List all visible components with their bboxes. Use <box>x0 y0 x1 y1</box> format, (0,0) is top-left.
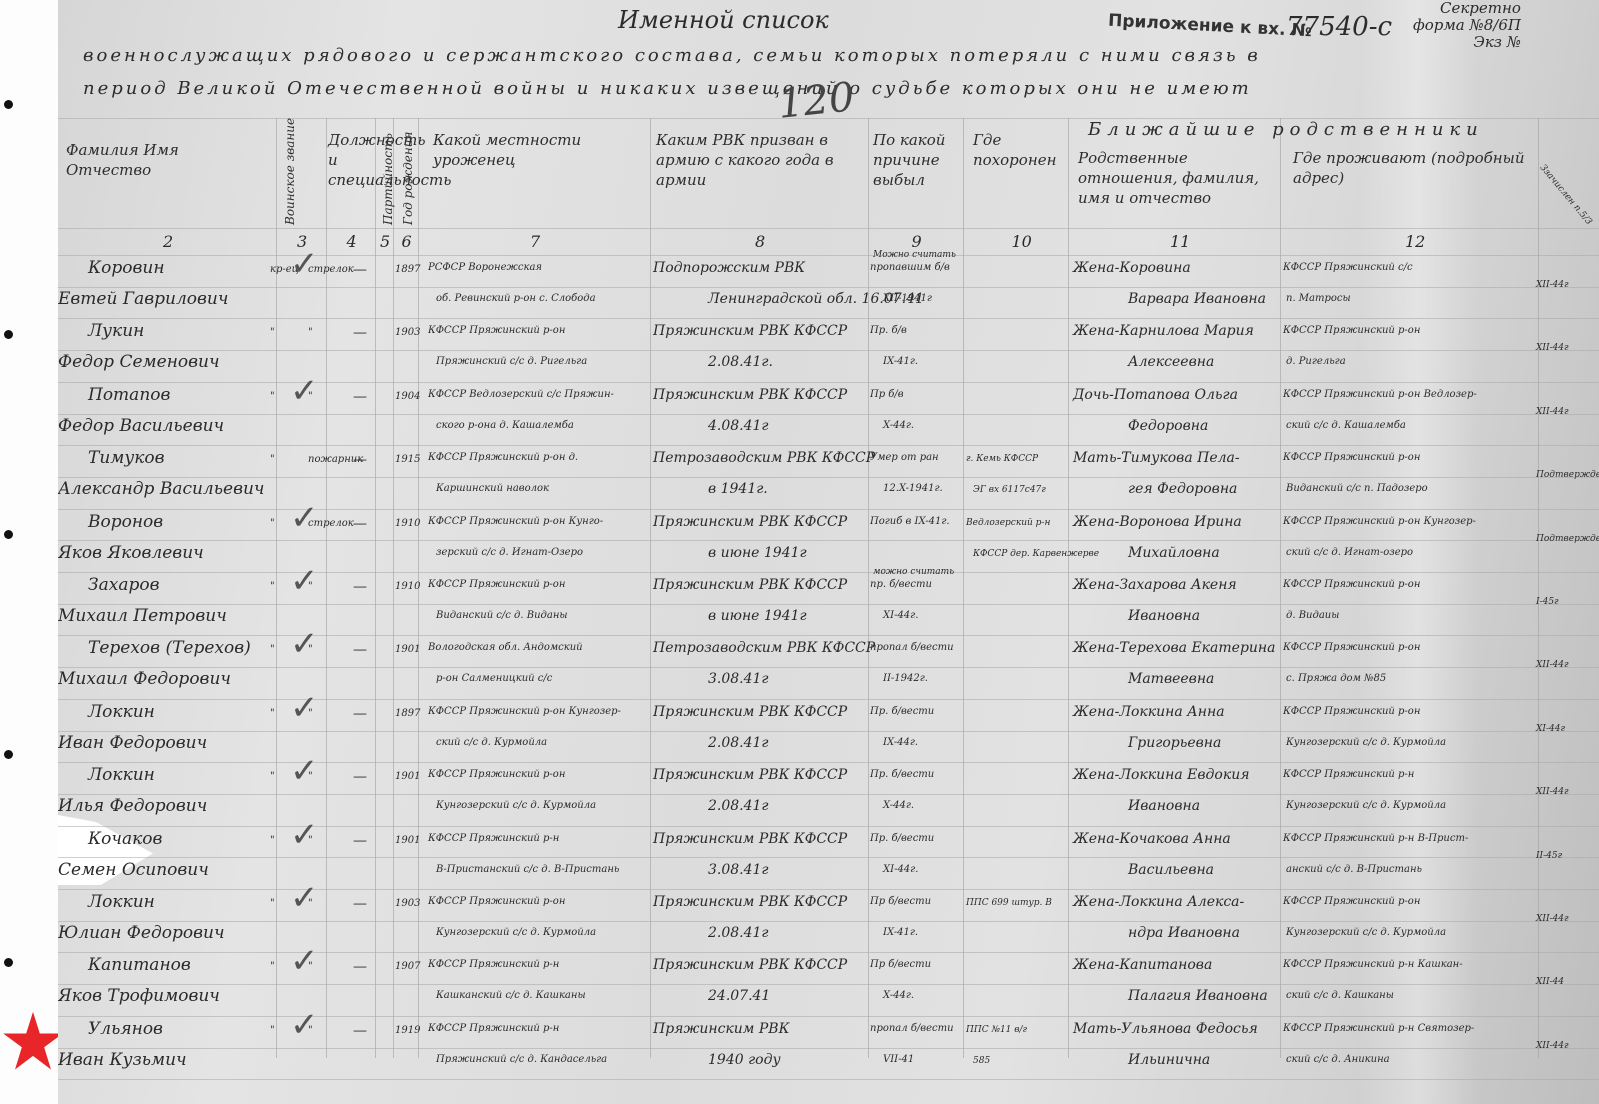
relative-name: Михайловна <box>1128 545 1220 561</box>
address: п. Матросы <box>1286 293 1351 304</box>
surname: Ульянов <box>88 1019 163 1039</box>
column-header-4: Должность и специальность <box>328 130 373 190</box>
birthplace: Вологодская обл. Андомский <box>428 642 583 653</box>
grid-line <box>1280 118 1281 1058</box>
reason-date: II-1942г. <box>883 673 928 684</box>
burial-place: г. Кемь КФССР <box>966 454 1038 464</box>
reason-date: X-44г. <box>883 990 914 1001</box>
relative: Жена-Локкина Евдокия <box>1073 767 1250 783</box>
party: — <box>353 959 367 975</box>
rank: " <box>270 708 275 719</box>
checkmark-icon: ✓ <box>290 371 319 411</box>
draft-date: 1940 году <box>708 1052 781 1068</box>
draft-date: в июне 1941г <box>708 545 807 561</box>
party: — <box>353 642 367 658</box>
document-title: Именной список <box>618 6 829 34</box>
first-patronymic: Александр Васильевич <box>58 479 264 499</box>
address: КФССР Пряжинский р-он <box>1283 325 1420 336</box>
check-mark-note: II-45г <box>1536 851 1562 861</box>
relative: Жена-Локкина Алекса- <box>1073 894 1244 910</box>
address: Виданский с/с п. Падозеро <box>1286 483 1428 494</box>
rank: " <box>270 835 275 846</box>
draft-date: 3.08.41г <box>708 671 769 687</box>
birth-year: 1904 <box>395 391 420 402</box>
draft-date: 2.08.41г <box>708 925 769 941</box>
grid-line <box>58 984 1599 985</box>
address: КФССР Пряжинский р-он <box>1283 706 1420 717</box>
draft-office: Подпорожским РВК <box>653 260 805 276</box>
birthplace: Кунгозерский с/с д. Курмойла <box>436 800 596 811</box>
draft-date: 2.08.41г <box>708 735 769 751</box>
address: Кунгозерский с/с д. Курмойла <box>1286 800 1446 811</box>
grid-line <box>58 731 1599 732</box>
address: ский с/с д. Кашканы <box>1286 990 1394 1001</box>
draft-office: Петрозаводским РВК КФССР <box>653 640 875 656</box>
classification-copy: Экз № <box>1413 34 1521 51</box>
draft-date: 4.08.41г <box>708 418 769 434</box>
reason-date: 12.X-1941г. <box>883 483 943 494</box>
address: КФССР Пряжинский р-н В-Прист- <box>1283 833 1468 844</box>
reason: Пр б/вести <box>870 896 931 907</box>
birthplace: КФССР Пряжинский р-н <box>428 1023 559 1034</box>
surname: Лукин <box>88 321 144 341</box>
address: ский с/с д. Кашалемба <box>1286 420 1406 431</box>
party: — <box>353 579 367 595</box>
reason: Умер от ран <box>870 452 939 463</box>
birthplace: р-он Салменицкий с/с <box>436 673 552 684</box>
surname: Кочаков <box>88 829 162 849</box>
party: — <box>353 452 367 468</box>
birthplace: КФССР Пряжинский р-он <box>428 769 565 780</box>
rank: " <box>270 391 275 402</box>
burial-place: ЭГ вх 6117с47г <box>973 485 1046 495</box>
address: ский с/с д. Аникина <box>1286 1054 1390 1065</box>
position: " <box>308 327 313 338</box>
birthplace: Кунгозерский с/с д. Курмойла <box>436 927 596 938</box>
address: КФССР Пряжинский р-он <box>1283 642 1420 653</box>
column-header-8: Каким РВК призван в армию с какого года … <box>656 130 861 190</box>
surname: Терехов (Терехов) <box>88 638 251 658</box>
birth-year: 1901 <box>395 644 420 655</box>
relative-name: Варвара Ивановна <box>1128 291 1266 307</box>
address: с. Пряжа дом №85 <box>1286 673 1386 684</box>
first-patronymic: Юлиан Федорович <box>58 923 225 943</box>
reason-date: XI-44г. <box>883 864 918 875</box>
relative-name: ндра Ивановна <box>1128 925 1240 941</box>
draft-office: Пряжинским РВК КФССР <box>653 323 847 339</box>
birthplace: зерский с/с д. Игнат-Озеро <box>436 547 583 558</box>
birth-year: 1919 <box>395 1025 420 1036</box>
rank: " <box>270 327 275 338</box>
grid-line <box>58 604 1599 605</box>
reason-note: Можно считать <box>873 250 956 260</box>
relative-name: Алексеевна <box>1128 354 1214 370</box>
incoming-number: 77540-с <box>1286 12 1392 42</box>
reason-date: IX-44г. <box>883 737 918 748</box>
punch-hole <box>4 100 13 109</box>
check-mark-note: XII-44г <box>1536 1041 1569 1051</box>
check-mark-note: XII-44г <box>1536 660 1569 670</box>
column-header-7: Какой местности уроженец <box>433 130 643 170</box>
draft-office: Пряжинским РВК КФССР <box>653 514 847 530</box>
party: — <box>353 769 367 785</box>
column-number: 11 <box>1170 232 1190 251</box>
relative: Жена-Коровина <box>1073 260 1191 276</box>
rank: " <box>270 454 275 465</box>
surname: Захаров <box>88 575 159 595</box>
rank: " <box>270 518 275 529</box>
party: — <box>353 262 367 278</box>
checkmark-icon: ✓ <box>290 815 319 855</box>
column-header-5: Партийность <box>378 133 398 225</box>
reason: Пр. б/в <box>870 325 907 336</box>
party: — <box>353 896 367 912</box>
checkmark-icon: ✓ <box>290 498 319 538</box>
draft-office: Пряжинским РВК КФССР <box>653 831 847 847</box>
address: Кунгозерский с/с д. Курмойла <box>1286 737 1446 748</box>
relatives-group-header: Ближайшие родственники <box>1088 120 1484 140</box>
check-mark-note: XII-44г <box>1536 914 1569 924</box>
burial-place: 585 <box>973 1056 990 1066</box>
rank: " <box>270 1025 275 1036</box>
birth-year: 1901 <box>395 835 420 846</box>
grid-line <box>58 921 1599 922</box>
grid-line <box>276 118 277 1058</box>
grid-line <box>963 118 964 1058</box>
party: — <box>353 833 367 849</box>
address: ский с/с д. Игнат-озеро <box>1286 547 1413 558</box>
address: КФССР Пряжинский с/с <box>1283 262 1413 273</box>
grid-line <box>868 118 869 1058</box>
relative-name: Палагия Ивановна <box>1128 988 1268 1004</box>
reason-date: XII-1941г <box>883 293 932 304</box>
address: КФССР Пряжинский р-он Ведлозер- <box>1283 389 1477 400</box>
birthplace: КФССР Пряжинский р-он Кунго- <box>428 516 603 527</box>
surname: Коровин <box>88 258 165 278</box>
column-header-3: Воинское звание <box>280 118 300 225</box>
checkmark-icon: ✓ <box>290 624 319 664</box>
rank: " <box>270 961 275 972</box>
check-mark-note: XII-44г <box>1536 280 1569 290</box>
burial-place: ППС №11 в/г <box>966 1025 1027 1035</box>
reason-date: VII-41 <box>883 1054 914 1065</box>
column-header-10: Где похоронен <box>973 130 1063 170</box>
column-number: 5 <box>380 232 390 251</box>
relative-name: Ивановна <box>1128 608 1200 624</box>
relative: Мать-Ульянова Федосья <box>1073 1021 1258 1037</box>
birthplace: Каршинский наволок <box>436 483 549 494</box>
surname: Локкин <box>88 892 155 912</box>
birthplace: ский с/с д. Курмойла <box>436 737 547 748</box>
birthplace: КФССР Пряжинский р-н <box>428 959 559 970</box>
draft-date: 24.07.41 <box>708 988 770 1004</box>
intro-line-2: период Великой Отечественной войны и ник… <box>83 78 1252 99</box>
grid-line <box>375 118 376 1058</box>
draft-office: Пряжинским РВК КФССР <box>653 894 847 910</box>
reason: пропавшим б/в <box>870 262 950 273</box>
punch-hole <box>4 958 13 967</box>
relative-name: Ильинична <box>1128 1052 1210 1068</box>
birthplace: Пряжинский с/с д. Кандасельга <box>436 1054 607 1065</box>
rank: " <box>270 898 275 909</box>
relative: Жена-Терехова Екатерина <box>1073 640 1276 656</box>
checkmark-icon: ✓ <box>290 1005 319 1045</box>
first-patronymic: Илья Федорович <box>58 796 207 816</box>
column-number: 6 <box>402 232 412 251</box>
party: — <box>353 389 367 405</box>
party: — <box>353 1023 367 1039</box>
birthplace: КФССР Пряжинский р-он Кунгозер- <box>428 706 621 717</box>
check-mark-note: Подтверждение <box>1536 534 1599 544</box>
birth-year: 1903 <box>395 898 420 909</box>
margin-note: Ззачислен п.5/3 <box>1538 163 1594 227</box>
grid-line <box>58 228 1599 229</box>
check-mark-note: XII-44 <box>1536 977 1564 987</box>
draft-office: Пряжинским РВК КФССР <box>653 577 847 593</box>
check-mark-note: I-45г <box>1536 597 1559 607</box>
birth-year: 1907 <box>395 961 420 972</box>
draft-office: Пряжинским РВК КФССР <box>653 704 847 720</box>
grid-line <box>650 118 651 1058</box>
grid-line <box>1068 118 1069 1058</box>
party: — <box>353 325 367 341</box>
grid-line <box>58 477 1599 478</box>
birth-year: 1901 <box>395 771 420 782</box>
draft-office: Петрозаводским РВК КФССР <box>653 450 875 466</box>
grid-line <box>58 287 1599 288</box>
check-mark-note: XI-44г <box>1536 724 1565 734</box>
classification-block: Секретно форма №8/6П Экз № <box>1413 0 1521 51</box>
reason: Пр. б/вести <box>870 706 934 717</box>
column-header-2: Фамилия Имя Отчество <box>66 140 266 180</box>
draft-date: в 1941г. <box>708 481 768 497</box>
address: КФССР Пряжинский р-н <box>1283 769 1414 780</box>
first-patronymic: Федор Васильевич <box>58 416 224 436</box>
address: КФССР Пряжинский р-он Кунгозер- <box>1283 516 1476 527</box>
column-number: 4 <box>347 232 357 251</box>
punch-hole <box>4 530 13 539</box>
relative: Жена-Локкина Анна <box>1073 704 1225 720</box>
birthplace: Кашканский с/с д. Кашканы <box>436 990 586 1001</box>
grid-line <box>58 414 1599 415</box>
first-patronymic: Семен Осипович <box>58 860 209 880</box>
grid-line <box>58 1048 1599 1049</box>
birth-year: 1897 <box>395 264 420 275</box>
grid-line <box>58 794 1599 795</box>
relative: Мать-Тимукова Пела- <box>1073 450 1240 466</box>
grid-line <box>58 857 1599 858</box>
punch-hole <box>4 330 13 339</box>
appendix-stamp: Приложение к вх. № <box>1108 11 1313 42</box>
relative-name: гея Федоровна <box>1128 481 1237 497</box>
reason: Пр б/в <box>870 389 904 400</box>
birth-year: 1910 <box>395 518 420 529</box>
relative: Жена-Воронова Ирина <box>1073 514 1242 530</box>
scan-margin <box>0 0 58 1104</box>
address: анский с/с д. В-Пристань <box>1286 864 1422 875</box>
checkmark-icon: ✓ <box>290 244 319 284</box>
document-page: Именной список Приложение к вх. № 77540-… <box>58 0 1599 1104</box>
reason: пропал б/вести <box>870 642 954 653</box>
reason-date: XI-44г. <box>883 610 918 621</box>
column-number: 12 <box>1405 232 1425 251</box>
rank: " <box>270 771 275 782</box>
draft-office: Пряжинским РВК КФССР <box>653 957 847 973</box>
check-mark-note: XII-44г <box>1536 407 1569 417</box>
surname: Капитанов <box>88 955 191 975</box>
reason-date: X-44г. <box>883 420 914 431</box>
grid-line <box>393 118 394 1058</box>
relative: Жена-Захарова Акеня <box>1073 577 1237 593</box>
punch-hole <box>4 750 13 759</box>
reason-date: IX-41г. <box>883 356 918 367</box>
checkmark-icon: ✓ <box>290 751 319 791</box>
grid-line <box>326 118 327 1058</box>
address: Кунгозерский с/с д. Курмойла <box>1286 927 1446 938</box>
birthplace: КФССР Пряжинский р-он <box>428 579 565 590</box>
first-patronymic: Яков Трофимович <box>58 986 220 1006</box>
column-number: 9 <box>912 232 922 251</box>
first-patronymic: Иван Кузьмич <box>58 1050 187 1070</box>
birthplace: КФССР Ведлозерский с/с Пряжин- <box>428 389 614 400</box>
address: КФССР Пряжинский р-н Святозер- <box>1283 1023 1474 1034</box>
reason-note: можно считать <box>873 567 954 577</box>
birthplace: КФССР Пряжинский р-он <box>428 896 565 907</box>
relative: Жена-Карнилова Мария <box>1073 323 1254 339</box>
reason: Погиб в IX-41г. <box>870 516 950 527</box>
column-number: 7 <box>530 232 540 251</box>
draft-office: Пряжинским РВК КФССР <box>653 767 847 783</box>
reason: пр. б/вести <box>870 579 932 590</box>
address: КФССР Пряжинский р-н Кашкан- <box>1283 959 1463 970</box>
burial-place: КФССР дер. Карвенжерве <box>973 549 1099 559</box>
surname: Потапов <box>88 385 170 405</box>
grid-line <box>58 445 1599 446</box>
draft-date: 2.08.41г <box>708 798 769 814</box>
address: КФССР Пряжинский р-он <box>1283 896 1420 907</box>
column-number: 2 <box>163 232 173 251</box>
column-header-6: Год рождения <box>398 132 418 225</box>
surname: Локкин <box>88 765 155 785</box>
check-mark-note: XII-44г <box>1536 343 1569 353</box>
grid-line <box>58 350 1599 351</box>
column-header-12: Где проживают (подробный адрес) <box>1293 148 1533 188</box>
checkmark-icon: ✓ <box>290 878 319 918</box>
draft-date: 3.08.41г <box>708 862 769 878</box>
party: — <box>353 516 367 532</box>
birth-year: 1897 <box>395 708 420 719</box>
first-patronymic: Федор Семенович <box>58 352 220 372</box>
birthplace: РСФСР Воронежская <box>428 262 542 273</box>
reason-date: X-44г. <box>883 800 914 811</box>
birthplace: В-Пристанский с/с д. В-Пристань <box>436 864 619 875</box>
page-annotation: 120 <box>776 74 857 128</box>
first-patronymic: Михаил Петрович <box>58 606 227 626</box>
relative-name: Васильевна <box>1128 862 1214 878</box>
grid-line <box>58 1079 1599 1080</box>
party: — <box>353 706 367 722</box>
birthplace: КФССР Пряжинский р-он <box>428 325 565 336</box>
check-mark-note: Подтверждение <box>1536 470 1599 480</box>
relative-name: Григорьевна <box>1128 735 1221 751</box>
relative-name: Матвеевна <box>1128 671 1214 687</box>
column-header-11: Родственные отношения, фамилия, имя и от… <box>1078 148 1273 208</box>
burial-place: Ведлозерский р-н <box>966 518 1050 528</box>
burial-place: ППС 699 штур. В <box>966 898 1052 908</box>
relative-name: Федоровна <box>1128 418 1208 434</box>
birthplace: КФССР Пряжинский р-н <box>428 833 559 844</box>
draft-office: Пряжинским РВК <box>653 1021 789 1037</box>
first-patronymic: Михаил Федорович <box>58 669 231 689</box>
draft-date: 2.08.41г. <box>708 354 773 370</box>
first-patronymic: Евтей Гаврилович <box>58 289 228 309</box>
birthplace: Пряжинский с/с д. Ригельга <box>436 356 587 367</box>
birth-year: 1910 <box>395 581 420 592</box>
column-number: 8 <box>755 232 765 251</box>
grid-line <box>58 318 1599 319</box>
relative: Жена-Кочакова Анна <box>1073 831 1231 847</box>
classification-form: форма №8/6П <box>1413 17 1521 34</box>
reason: Пр. б/вести <box>870 833 934 844</box>
column-number: 10 <box>1012 232 1032 251</box>
birthplace: об. Ревинский р-он с. Слобода <box>436 293 596 304</box>
relative-name: Ивановна <box>1128 798 1200 814</box>
checkmark-icon: ✓ <box>290 561 319 601</box>
reason: Пр. б/вести <box>870 769 934 780</box>
grid-line <box>58 667 1599 668</box>
classification-secret: Секретно <box>1413 0 1521 17</box>
address: д. Ригельга <box>1286 356 1346 367</box>
birthplace: КФССР Пряжинский р-он д. <box>428 452 578 463</box>
address: д. Видаиы <box>1286 610 1339 621</box>
surname: Тимуков <box>88 448 165 468</box>
checkmark-icon: ✓ <box>290 688 319 728</box>
birthplace: ского р-она д. Кашалемба <box>436 420 574 431</box>
relative: Дочь-Потапова Ольга <box>1073 387 1238 403</box>
relative: Жена-Капитанова <box>1073 957 1212 973</box>
first-patronymic: Иван Федорович <box>58 733 207 753</box>
intro-line-1: военнослужащих рядового и сержантского с… <box>83 45 1261 66</box>
draft-date: в июне 1941г <box>708 608 807 624</box>
reason-date: IX-41г. <box>883 927 918 938</box>
rank: " <box>270 644 275 655</box>
checkmark-icon: ✓ <box>290 941 319 981</box>
check-mark-note: XII-44г <box>1536 787 1569 797</box>
draft-office: Пряжинским РВК КФССР <box>653 387 847 403</box>
address: КФССР Пряжинский р-он <box>1283 452 1420 463</box>
surname: Локкин <box>88 702 155 722</box>
rank: " <box>270 581 275 592</box>
reason: Пр б/вести <box>870 959 931 970</box>
grid-line <box>58 540 1599 541</box>
birth-year: 1915 <box>395 454 420 465</box>
reason: пропал б/вести <box>870 1023 954 1034</box>
birthplace: Виданский с/с д. Виданы <box>436 610 568 621</box>
column-header-9: По какой причине выбыл <box>873 130 958 190</box>
first-patronymic: Яков Яковлевич <box>58 543 204 563</box>
red-star-icon <box>2 1010 64 1072</box>
birth-year: 1903 <box>395 327 420 338</box>
address: КФССР Пряжинский р-он <box>1283 579 1420 590</box>
surname: Воронов <box>88 512 163 532</box>
